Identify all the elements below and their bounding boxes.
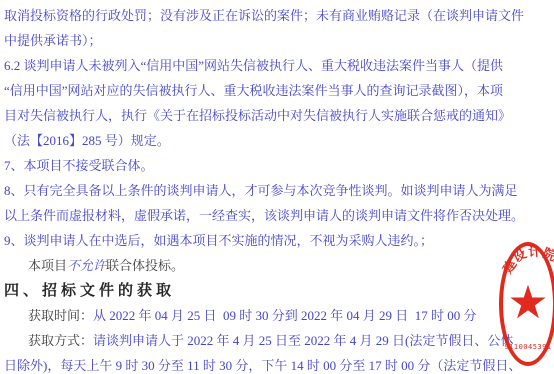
text-line: 7、本项目不接受联合体。 (4, 153, 554, 178)
text-segment: 日除外)，每天上午 9 时 30 分至 11 时 30 分，下午 14 时 00… (4, 358, 521, 373)
text-line: 取消投标资格的行政处罚；没有涉及正在诉讼的案件；未有商业贿赂记录（在谈判申请文件 (4, 3, 554, 28)
text-segment: “信用中国”网站对应的失信被执行人、重大税收违法案件当事人的查询记录截图），本项 (4, 83, 503, 98)
text-segment: 中提供承诺书）； (4, 33, 102, 48)
text-segment: 目对失信被执行人，执行《关于在招标投标活动中对失信被执行人实施联合惩戒的通知》 (4, 108, 511, 123)
text-segment: 以上条件而虚报材料，虚假承诺，一经查实，该谈判申请人的谈判申请文件将作否决处理。 (4, 208, 524, 223)
seal-number: 9110045391 (503, 343, 553, 351)
document-page: 取消投标资格的行政处罚；没有涉及正在诉讼的案件；未有商业贿赂记录（在谈判申请文件… (0, 0, 554, 374)
text-segment: 从 2022 年 04 月 25 日 09 时 30 分到 2022 年 04 … (93, 308, 477, 323)
text-segment: 7、本项目不接受联合体。 (4, 158, 154, 173)
text-segment: 本项目 (28, 258, 67, 273)
text-line: 日除外)，每天上午 9 时 30 分至 11 时 30 分，下午 14 时 00… (4, 353, 554, 374)
text-segment: 获取方式： (28, 333, 93, 348)
text-segment: 获取时间： (28, 308, 93, 323)
text-line: 以上条件而虚报材料，虚假承诺，一经查实，该谈判申请人的谈判申请文件将作否决处理。 (4, 203, 554, 228)
text-segment: 请谈判申请人于 2022 年 4 月 25 日至 2022 年 4 月 29 日… (93, 333, 513, 348)
company-seal: 建设计院 ★ 9110045391 (499, 242, 554, 366)
text-segment: 9、谈判申请人在中选后，如遇本项目不实施的情况，不视为采购人违约。； (4, 233, 433, 248)
text-line: “信用中国”网站对应的失信被执行人、重大税收违法案件当事人的查询记录截图），本项 (4, 78, 554, 103)
star-icon: ★ (507, 279, 548, 325)
text-segment: 取消投标资格的行政处罚；没有涉及正在诉讼的案件；未有商业贿赂记录（在谈判申请文件 (4, 8, 524, 23)
section-heading: 四、招标文件的获取 (4, 282, 175, 299)
seal-arc-char: 计 (528, 245, 542, 259)
text-segment: 8、只有完全具备以上条件的谈判申请人，才可参与本次竞争性谈判。如谈判申请人为满足 (4, 183, 518, 198)
text-line: 目对失信被执行人，执行《关于在招标投标活动中对失信被执行人实施联合惩戒的通知》 (4, 103, 554, 128)
document-body: 取消投标资格的行政处罚；没有涉及正在诉讼的案件；未有商业贿赂记录（在谈判申请文件… (4, 3, 554, 374)
text-segment: 不允许 (67, 258, 106, 273)
text-segment: 6.2 谈判申请人未被列入“信用中国”网站失信被执行人、重大税收违法案件当事人（… (4, 58, 503, 73)
text-segment: （法【2016】285 号）规定。 (4, 133, 170, 148)
text-line: 6.2 谈判申请人未被列入“信用中国”网站失信被执行人、重大税收违法案件当事人（… (4, 53, 554, 78)
text-line: 9、谈判申请人在中选后，如遇本项目不实施的情况，不视为采购人违约。； (4, 228, 554, 253)
text-segment: 联合体投标。 (106, 258, 184, 273)
text-line: 获取方式：请谈判申请人于 2022 年 4 月 25 日至 2022 年 4 月… (4, 328, 554, 353)
text-line: （法【2016】285 号）规定。 (4, 128, 554, 153)
text-line: 本项目不允许联合体投标。 (4, 253, 554, 278)
text-line: 四、招标文件的获取 (4, 278, 554, 303)
text-line: 8、只有完全具备以上条件的谈判申请人，才可参与本次竞争性谈判。如谈判申请人为满足 (4, 178, 554, 203)
text-line: 获取时间：从 2022 年 04 月 25 日 09 时 30 分到 2022 … (4, 303, 554, 328)
text-line: 中提供承诺书）； (4, 28, 554, 53)
